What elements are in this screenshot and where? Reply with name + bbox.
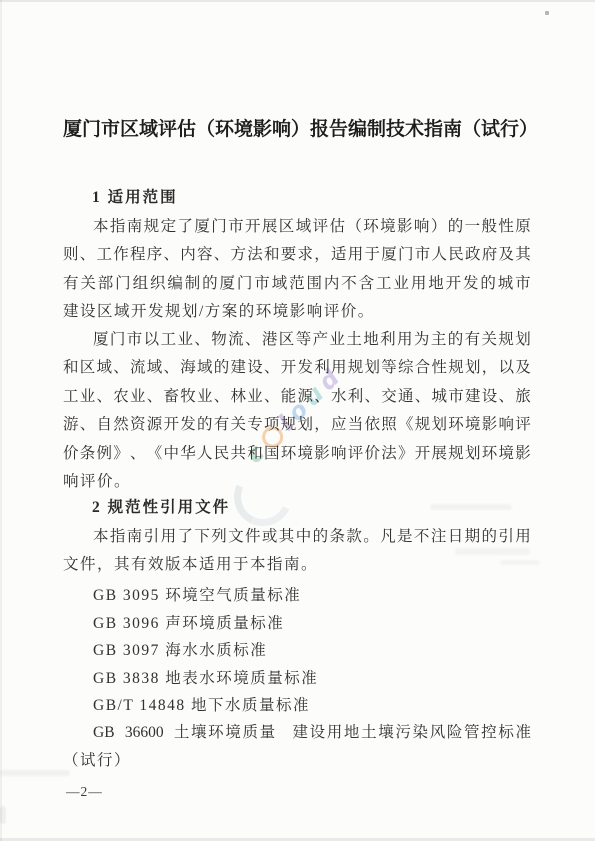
scan-streak [0,806,6,824]
text-line: GB 3095 环境空气质量标准 [63,583,531,611]
scanned-document-page: cloud 厦门市区域评估（环境影响）报告编制技术指南（试行） 1 适用范围 本… [0,0,595,841]
standards-list-last-entry: GB36600土壤环境质量建设用地土壤污染风险管控标准（试行） [63,720,531,775]
text-line: 响评价。 [63,469,531,497]
section-1-paragraph-1: 本指南规定了厦门市开展区域评估（环境影响）的一般性原则、工作程序、内容、方法和要… [63,214,531,328]
scan-streak [0,770,70,776]
text-line: （试行） [63,748,531,776]
text-line: 本指南引用了下列文件或其中的条款。凡是不注日期的引用 [63,524,531,552]
text-line: 和区域、流域、海域的建设、开发利用规划等综合性规划，以及 [63,355,531,383]
standards-list: GB 3095 环境空气质量标准GB 3096 声环境质量标准GB 3097 海… [63,583,531,721]
section-1-paragraph-2: 厦门市以工业、物流、港区等产业土地利用为主的有关规划和区域、流域、海域的建设、开… [63,327,531,497]
text-line: GB36600土壤环境质量建设用地土壤污染风险管控标准 [63,720,531,748]
text-line: 有关部门组织编制的厦门市域范围内不含工业用地开发的城市 [63,271,531,299]
text-line: 本指南规定了厦门市开展区域评估（环境影响）的一般性原 [63,214,531,242]
text-line: 厦门市以工业、物流、港区等产业土地利用为主的有关规划 [63,327,531,355]
document-title: 厦门市区域评估（环境影响）报告编制技术指南（试行） [63,114,531,141]
text-line: GB/T 14848 地下水质量标准 [63,693,531,721]
section-2-heading: 2 规范性引用文件 [63,495,531,517]
text-line: 则、工作程序、内容、方法和要求，适用于厦门市人民政府及其 [63,242,531,270]
text-line: 游、自然资源开发的有关专项规划，应当依照《规划环境影响评 [63,412,531,440]
text-line: 建设区域开发规划/方案的环境影响评价。 [63,299,531,327]
section-2-paragraph: 本指南引用了下列文件或其中的条款。凡是不注日期的引用文件，其有效版本适用于本指南… [63,524,531,581]
scan-edge-left [0,0,2,841]
text-line: GB 3097 海水水质标准 [63,638,531,666]
text-line: 工业、农业、畜牧业、林业、能源、水利、交通、城市建设、旅 [63,384,531,412]
text-line: 文件，其有效版本适用于本指南。 [63,552,531,580]
text-line: 价条例》、《中华人民共和国环境影响评价法》开展规划环境影 [63,441,531,469]
section-1-heading: 1 适用范围 [63,185,531,207]
scan-edge-top [0,0,595,2]
scan-speck [545,11,549,15]
text-line: GB 3838 地表水环境质量标准 [63,666,531,694]
text-line: GB 3096 声环境质量标准 [63,611,531,639]
page-number: —2— [66,784,103,800]
